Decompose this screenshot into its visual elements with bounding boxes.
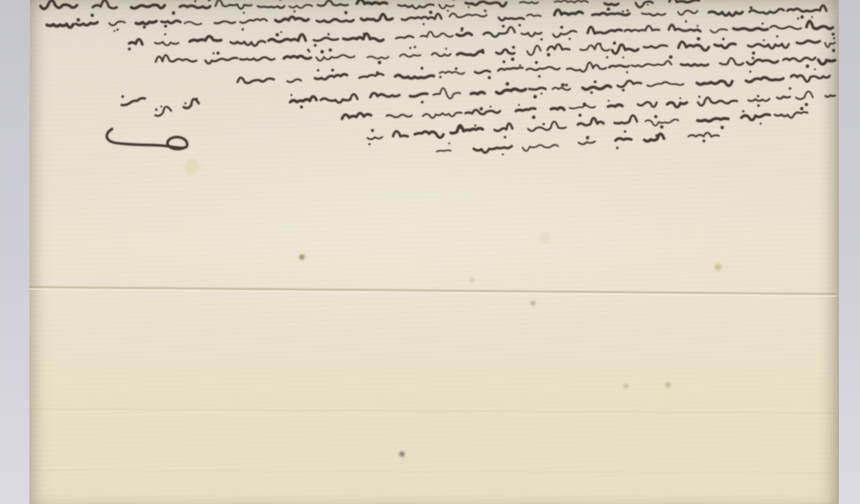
paper-sheet bbox=[29, 0, 839, 504]
manuscript-photo bbox=[0, 0, 860, 504]
